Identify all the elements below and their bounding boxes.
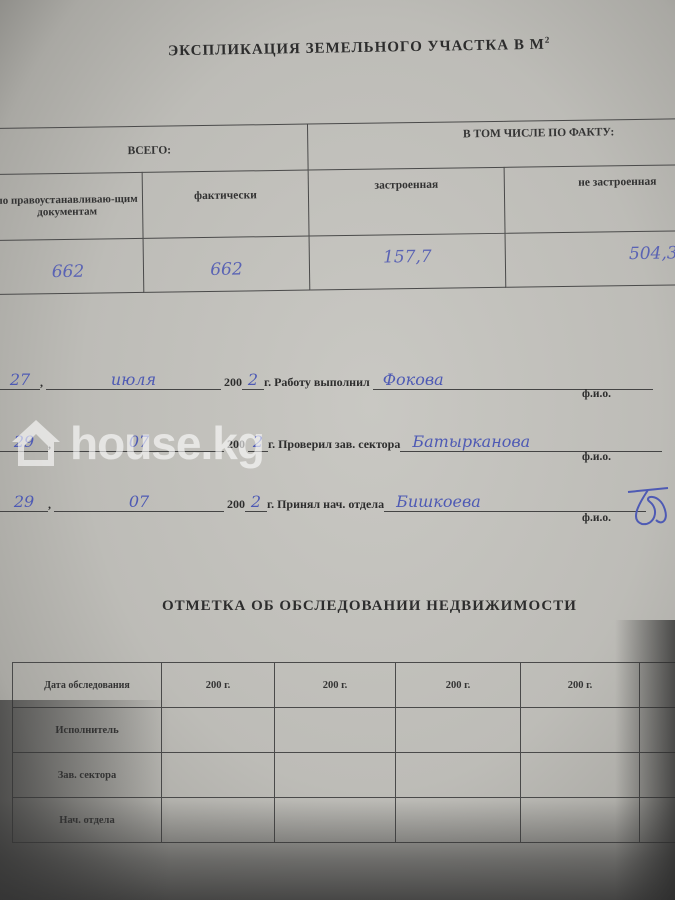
signature-label: г. Принял нач. отдела bbox=[267, 497, 384, 511]
signature-stamp-icon bbox=[620, 480, 675, 530]
empty-cell bbox=[396, 753, 521, 798]
watermark: house.kg bbox=[8, 416, 264, 470]
survey-title: ОТМЕТКА ОБ ОБСЛЕДОВАНИИ НЕДВИЖИМОСТИ bbox=[162, 598, 577, 615]
group-total-header: ВСЕГО: bbox=[0, 124, 308, 174]
date-cell: 200 г. bbox=[396, 663, 521, 708]
house-icon bbox=[8, 416, 64, 470]
signature-name: Фокова bbox=[373, 370, 653, 390]
empty-cell bbox=[162, 798, 275, 843]
empty-cell bbox=[521, 708, 640, 753]
group-fact-header: В ТОМ ЧИСЛЕ ПО ФАКТУ: bbox=[307, 119, 675, 170]
signature-name: Бишкоева bbox=[384, 492, 646, 512]
row-label-performer: Исполнитель bbox=[13, 708, 162, 753]
explication-table: ВСЕГО: В ТОМ ЧИСЛЕ ПО ФАКТУ: по правоуст… bbox=[0, 118, 675, 295]
month-field: июля bbox=[46, 370, 221, 390]
col-header-unbuilt: не застроенная bbox=[504, 165, 675, 234]
empty-cell bbox=[640, 753, 675, 798]
signature-row-accepted: 29, 07 2002г. Принял нач. отделаБишкоева bbox=[0, 492, 646, 512]
col-header-actual: фактически bbox=[142, 170, 309, 238]
day-field: 29 bbox=[0, 492, 48, 512]
explication-title: ЭКСПЛИКАЦИЯ ЗЕМЕЛЬНОГО УЧАСТКА В М2 bbox=[168, 35, 551, 61]
date-cell: 200 г. bbox=[521, 663, 640, 708]
fio-label: ф.и.о. bbox=[582, 451, 611, 463]
signature-name: Батырканова bbox=[400, 432, 662, 452]
row-label-sector-head: Зав. сектора bbox=[13, 753, 162, 798]
empty-cell bbox=[640, 798, 675, 843]
empty-cell bbox=[275, 798, 396, 843]
watermark-text: house.kg bbox=[70, 416, 264, 470]
value-unbuilt: 504,3 bbox=[505, 231, 675, 288]
value-actual: 662 bbox=[143, 236, 310, 292]
year-prefix: 200 bbox=[227, 497, 245, 511]
signature-row-performed: 27, июля 2002г. Работу выполнил Фокова bbox=[0, 370, 653, 390]
value-built: 157,7 bbox=[309, 233, 506, 290]
date-cell: 200 г. bbox=[162, 663, 275, 708]
empty-cell bbox=[640, 708, 675, 753]
year-suffix: 2 bbox=[242, 370, 264, 390]
empty-cell bbox=[521, 798, 640, 843]
fio-label: ф.и.о. bbox=[582, 512, 611, 524]
date-cell: 200 г. bbox=[275, 663, 396, 708]
empty-cell bbox=[162, 753, 275, 798]
signature-label: г. Работу выполнил bbox=[264, 375, 370, 389]
empty-cell bbox=[640, 663, 675, 708]
col-header-built: застроенная bbox=[308, 167, 505, 236]
year-prefix: 200 bbox=[224, 375, 242, 389]
day-field: 27 bbox=[0, 370, 40, 390]
year-suffix: 2 bbox=[245, 492, 267, 512]
value-documents: 662 bbox=[0, 238, 144, 294]
signature-label: г. Проверил зав. сектора bbox=[268, 437, 400, 451]
empty-cell bbox=[275, 753, 396, 798]
row-label-date: Дата обследования bbox=[13, 663, 162, 708]
row-label-dept-head: Нач. отдела bbox=[13, 798, 162, 843]
col-header-documents: по правоустанавливаю-щим документам bbox=[0, 172, 143, 240]
empty-cell bbox=[521, 753, 640, 798]
empty-cell bbox=[396, 708, 521, 753]
empty-cell bbox=[275, 708, 396, 753]
empty-cell bbox=[162, 708, 275, 753]
survey-table: Дата обследования 200 г. 200 г. 200 г. 2… bbox=[12, 662, 675, 843]
empty-cell bbox=[396, 798, 521, 843]
fio-label: ф.и.о. bbox=[582, 388, 611, 400]
month-field: 07 bbox=[54, 492, 224, 512]
